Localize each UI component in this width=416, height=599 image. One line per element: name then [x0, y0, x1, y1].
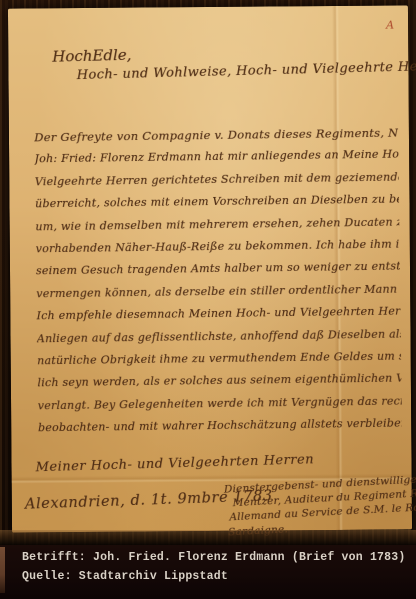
letter-salutation: HochEdle, Hoch- und Wohlweise, Hoch- und…: [52, 38, 416, 84]
archival-corner-mark: A: [386, 19, 394, 32]
caption-left-strip: [0, 547, 5, 593]
caption-bar: Betrifft: Joh. Fried. Florenz Erdmann (B…: [0, 545, 416, 599]
letter-photo: A HochEdle, Hoch- und Wohlweise, Hoch- u…: [0, 0, 416, 545]
caption-betrifft: Betrifft: Joh. Fried. Florenz Erdmann (B…: [22, 551, 405, 564]
archive-photo-screenshot: A HochEdle, Hoch- und Wohlweise, Hoch- u…: [0, 0, 416, 599]
wood-table-edge: [0, 530, 416, 545]
letter-closing: Meiner Hoch- und Vielgeehrten Herren: [35, 452, 314, 475]
letter-paper: A HochEdle, Hoch- und Wohlweise, Hoch- u…: [8, 5, 412, 532]
caption-quelle: Quelle: Stadtarchiv Lippstadt: [22, 570, 228, 583]
handwriting-line: beobachten- und mit wahrer Hochschätzung…: [38, 417, 402, 444]
letter-body: Der Gefreyte von Compagnie v. Donats die…: [34, 126, 402, 444]
